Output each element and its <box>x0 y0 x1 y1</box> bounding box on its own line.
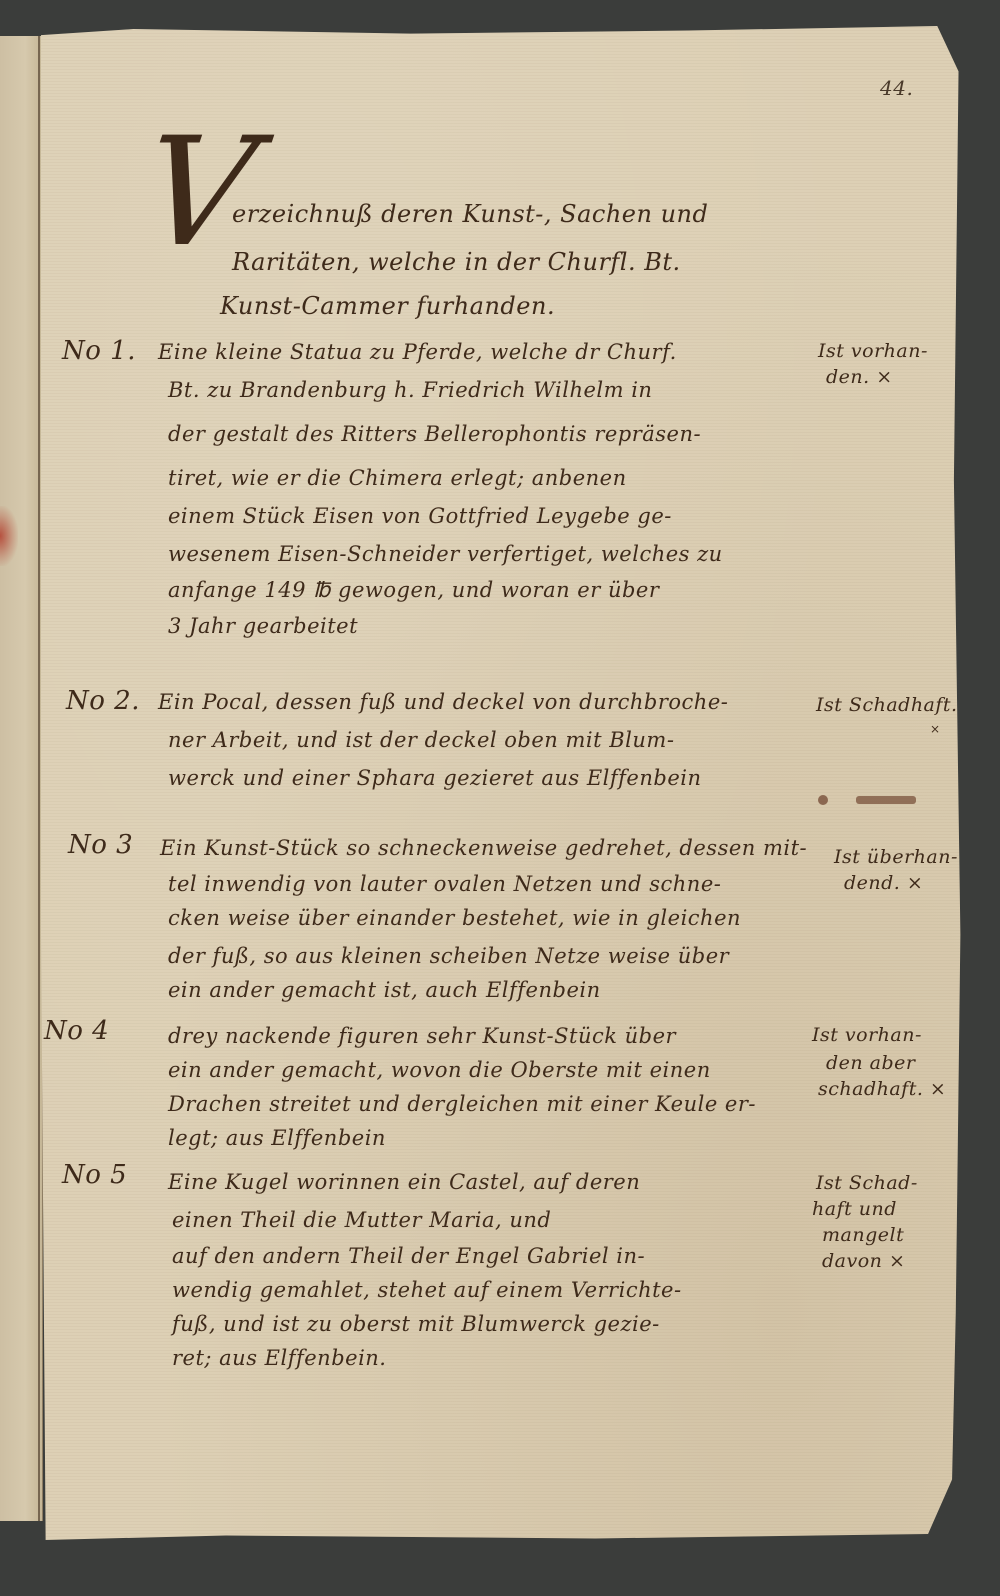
entry-line: Eine Kugel worinnen ein Castel, auf dere… <box>168 1170 640 1194</box>
entry-line: cken weise über einander bestehet, wie i… <box>168 906 741 930</box>
ink-blot <box>818 795 828 805</box>
entry-marker: No 4 <box>44 1016 109 1046</box>
entry-line: ner Arbeit, und ist der deckel oben mit … <box>168 728 674 752</box>
entry-line: einem Stück Eisen von Gottfried Leygebe … <box>168 504 672 528</box>
title-line: Kunst-Cammer furhanden. <box>220 292 555 320</box>
entry-marker: No 2. <box>66 686 140 716</box>
entry-line: tel inwendig von lauter ovalen Netzen un… <box>168 872 721 896</box>
margin-note: Ist vorhan- <box>812 1024 922 1046</box>
entry-line: drey nackende figuren sehr Kunst-Stück ü… <box>168 1024 676 1048</box>
entry-line: werck und einer Sphara gezieret aus Elff… <box>168 766 702 790</box>
margin-note: den. × <box>826 366 893 388</box>
entry-line: wesenem Eisen-Schneider verfertiget, wel… <box>168 542 723 566</box>
margin-note: Ist Schad- <box>816 1172 918 1194</box>
margin-note: Ist überhan- <box>834 846 958 868</box>
entry-line: Drachen streitet und dergleichen mit ein… <box>168 1092 756 1116</box>
entry-line: legt; aus Elffenbein <box>168 1126 386 1150</box>
margin-note: Ist Schadhaft. <box>816 694 958 716</box>
margin-note: haft und <box>812 1198 897 1220</box>
entry-line: einen Theil die Mutter Maria, und <box>172 1208 551 1232</box>
entry-marker: No 3 <box>68 830 133 860</box>
margin-note: mangelt <box>822 1224 904 1246</box>
ink-blot <box>856 796 916 804</box>
facing-page-edge <box>0 36 43 1521</box>
entry-line: 3 Jahr gearbeitet <box>168 614 358 638</box>
entry-line: ein ander gemacht, wovon die Oberste mit… <box>168 1058 711 1082</box>
entry-marker: No 1. <box>62 336 136 366</box>
entry-line: wendig gemahlet, stehet auf einem Verric… <box>172 1278 682 1302</box>
entry-line: ret; aus Elffenbein. <box>172 1346 386 1370</box>
entry-line: der gestalt des Ritters Bellerophontis r… <box>168 422 701 446</box>
entry-line: der fuß, so aus kleinen scheiben Netze w… <box>168 944 729 968</box>
entry-line: ein ander gemacht ist, auch Elffenbein <box>168 978 601 1002</box>
entry-line: fuß, und ist zu oberst mit Blumwerck gez… <box>172 1312 660 1336</box>
title-line: erzeichnuß deren Kunst-, Sachen und <box>232 200 708 228</box>
margin-note: schadhaft. × <box>818 1078 946 1100</box>
entry-line: Ein Kunst-Stück so schneckenweise gedreh… <box>160 836 807 860</box>
margin-note: dend. × <box>844 872 923 894</box>
entry-line: tiret, wie er die Chimera erlegt; anbene… <box>168 466 627 490</box>
folio-number: 44. <box>880 76 913 100</box>
red-seal-stain <box>0 506 18 566</box>
title-line: Raritäten, welche in der Churfl. Bt. <box>232 248 681 276</box>
entry-line: Eine kleine Statua zu Pferde, welche dr … <box>158 340 677 364</box>
entry-line: Bt. zu Brandenburg h. Friedrich Wilhelm … <box>168 378 652 402</box>
entry-line: auf den andern Theil der Engel Gabriel i… <box>172 1244 645 1268</box>
entry-line: Ein Pocal, dessen fuß und deckel von dur… <box>158 690 728 714</box>
margin-note: Ist vorhan- <box>818 340 928 362</box>
margin-note: den aber <box>826 1052 916 1074</box>
margin-note: davon × <box>822 1250 905 1272</box>
entry-line: anfange 149 ℔ gewogen, und woran er über <box>168 578 659 602</box>
binding-gutter <box>38 36 40 1521</box>
decorated-initial: V <box>134 118 263 268</box>
entry-marker: No 5 <box>62 1160 127 1190</box>
margin-note: × <box>930 722 941 736</box>
